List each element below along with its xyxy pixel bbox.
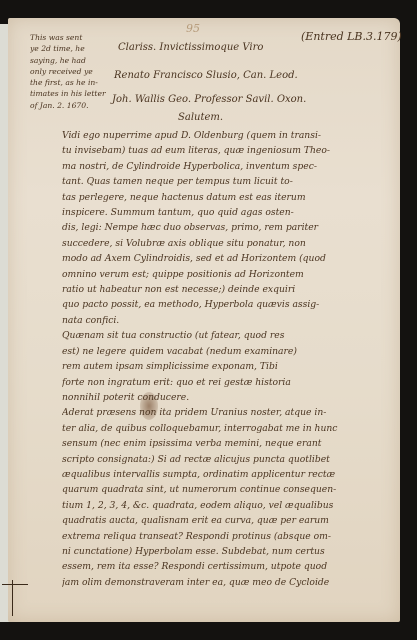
body-line: nonnihil poterit conducere. [62,390,398,405]
body-line: modo ad Axem Cylindroidis, sed et ad Hor… [62,251,398,266]
margin-note-line: of Jan. 2. 1670. [30,100,106,111]
body-line: æqualibus intervallis sumpta, ordinatim … [62,467,398,482]
folio-number: 95 [186,22,200,35]
body-line: omnino verum est; quippe positionis ad H… [62,267,398,282]
body-line: tu invisebam) tuas ad eum literas, quæ i… [62,143,398,158]
margin-note-line: This was sent [30,32,106,43]
margin-note: This was sent ye 2d time, he saying, he … [30,32,106,111]
margin-note-line: only received ye [30,66,106,77]
body-line: succedere, si Volubræ axis oblique situ … [62,236,398,251]
body-line: extrema reliqua transeat? Respondi proti… [62,529,398,544]
salutation-line: Renato Francisco Slusio, Can. Leod. [114,70,298,81]
body-line: ma nostri, de Cylindroide Hyperbolica, i… [62,159,398,174]
body-line: jam olim demonstraveram inter ea, quæ me… [62,575,398,590]
cross-mark-icon [12,580,13,616]
salutation-line: Clariss. Invictissimoque Viro [118,42,263,53]
body-line: dis, legi: Nempe hæc duo observas, primo… [62,220,398,235]
catalog-reference: (Entred LB.3.179) [301,30,402,43]
salutation-line: Joh. Wallis Geo. Professor Savil. Oxon. [112,94,306,105]
body-line: nata confici. [62,313,398,328]
margin-note-line: timates in his letter [30,88,106,99]
body-line: inspicere. Summum tantum, quo quid agas … [62,205,398,220]
body-line: tas perlegere, neque hactenus datum est … [62,190,398,205]
salutation-line: Salutem. [178,112,223,123]
margin-note-line: saying, he had [30,55,106,66]
margin-note-line: ye 2d time, he [30,43,106,54]
body-line: forte non ingratum erit: quo et rei gest… [62,375,398,390]
body-line: quo pacto possit, ea methodo, Hyperbola … [62,297,398,312]
body-line: ni cunctatione) Hyperbolam esse. Subdeba… [62,544,398,559]
body-line: ratio ut habeatur non est necesse;) dein… [62,282,398,297]
body-line: Vidi ego nuperrime apud D. Oldenburg (qu… [62,128,398,143]
letter-body: Vidi ego nuperrime apud D. Oldenburg (qu… [62,128,398,590]
body-line: tant. Quas tamen neque per tempus tum li… [62,174,398,189]
cross-mark-icon [2,584,28,585]
margin-note-line: the first, as he in- [30,77,106,88]
body-line: quarum quadrata sint, ut numerorum conti… [62,482,398,497]
body-line: est) ne legere quidem vacabat (nedum exa… [62,344,398,359]
body-line: Quænam sit tua constructio (ut fatear, q… [62,328,398,343]
body-line: essem, rem ita esse? Respondi certissimu… [62,559,398,574]
body-line: scripto consignata:) Si ad rectæ alicuju… [62,452,398,467]
body-line: sensum (nec enim ipsissima verba memini,… [62,436,398,451]
body-line: quadratis aucta, qualisnam erit ea curva… [62,513,398,528]
body-line: tium 1, 2, 3, 4, &c. quadrata, eodem ali… [62,498,398,513]
body-line: Aderat præsens non ita pridem Uranius no… [62,405,398,420]
body-line: rem autem ipsam simplicissime exponam, T… [62,359,398,374]
body-line: ter alia, de quibus colloquebamur, inter… [62,421,398,436]
